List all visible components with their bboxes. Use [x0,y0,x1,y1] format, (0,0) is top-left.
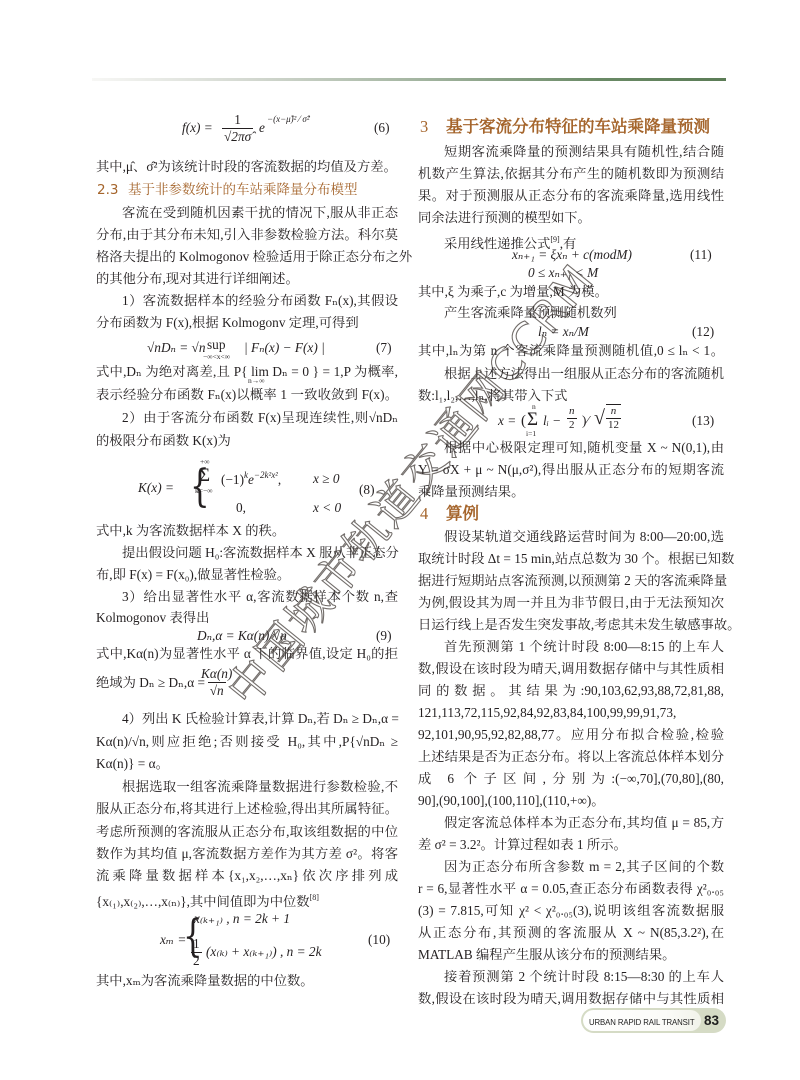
paragraph-line: 其中,xₘ为客流乘降量数据的中位数。 [96,972,398,990]
fraction-numerator: Kα(n) [199,666,234,682]
paragraph-line: 数作为其均值 μ,客流数据方差作为其方差 σ²。将客 [96,845,398,863]
eq8-comma: , [278,472,281,487]
numerator: n [567,405,577,418]
eq10-case2: (x₍ₖ₎ + x₍ₖ₊₁₎) , n = 2k [206,943,321,961]
section-title: 基于非参数统计的车站乘降量分布模型 [128,181,358,199]
eq8-exponent: −2k²x² [254,470,278,480]
paragraph-line: 据进行短期站点客流预测,以预测第 2 天的客流乘降量 [418,572,724,590]
page-number: 83 [704,1008,719,1033]
eq6-tag: (6) [374,119,390,137]
paragraph-line: 根据选取一组客流乘降量数据进行参数检验,不 [96,778,398,796]
eq6-exponent: −(x−μ̂)² ⁄ σ̂² [267,114,310,124]
eq8-sum-lower: k=−∞ [195,487,213,495]
half-numerator: 1 [191,936,202,952]
paragraph-line: 其中,μ̂、σ̂²为该统计时段的客流数据的均值及方差。 [96,158,398,176]
paragraph-line: 同余法进行预测的模型如下。 [418,209,724,227]
paragraph-line: 提出假设问题 H₀:客流数据样本 X 服从非正态分 [96,544,398,562]
eq10-case1: x₍ₖ₊₁₎ , n = 2k + 1 [194,910,290,928]
paragraph-line: 式中,Dₙ 为绝对离差,且 P{ lim Dₙ = 0 } = 1,P 为概率, [96,363,398,381]
denominator: 12 [606,418,621,432]
line-text: {x₍₁₎,x₍₂₎,…,x₍ₙ₎},其中间值即为中位数 [96,894,310,909]
paragraph-line: 根据中心极限定理可知,随机变量 X ~ N(0,1),由 [418,439,724,457]
paragraph-line: 4）列出 K 氏检验计算表,计算 Dₙ,若 Dₙ ≥ Dₙ,α = [96,710,398,728]
eq10-half: 1 2 [191,936,202,969]
eq7-sup-range: −∞<x<∞ [203,353,230,361]
paragraph-line: 式中,k 为客流数据样本 X 的秩。 [96,522,398,540]
eq6-denominator: √2πσ̂ [222,128,253,145]
paragraph-line: 从正态分布,其预测的客流服从 X ~ N(85,3.2²),在 [418,924,724,942]
paragraph-line: 日运行线上是否发生突发事故,考虑其未发生敏感事故。 [418,616,724,634]
paragraph-line: 流乘降量数据样本{x₁,x₂,…,xₙ}依次序排列成 [96,867,398,885]
paragraph-line: 绝域为 Dₙ ≥ Dₙ,α = [96,674,398,692]
eq12-expression: lₙ = xₙ/M [538,323,589,341]
eq8-tag: (8) [359,481,375,499]
journal-name: URBAN RAPID RAIL TRANSIT [589,1010,694,1035]
paragraph-line: 接着预测第 2 个统计时段 8:15—8:30 的上车人 [418,968,724,986]
eq8-condition-2: x < 0 [313,499,341,517]
numerator: n [609,405,619,418]
eq11-recurrence: xₙ₊₁ = ξxₙ + c(modM) [512,246,632,264]
eq13-n-over-2: n 2 [567,405,577,432]
paragraph-line: 产生客流乘降量预测随机数列 [418,304,724,322]
citation-9: [9] [550,235,559,244]
eq6-numerator: 1 [232,112,243,128]
paragraph-line: 1）客流数据样本的经验分布函数 Fₙ(x),其假设 [96,292,398,310]
eq13-sum-lower: i=1 [526,430,536,438]
paragraph-line: r = 6,显著性水平 α = 0.05,查正态分布函数表得 χ²₀.₀₅ [418,880,724,898]
paragraph-line: 上述结果是否为正态分布。将以上客流总体样本划分 [418,748,724,766]
paragraph-line: 数,假设在该时段为晴天,调用数据存储中与其性质相 [418,660,724,678]
eq13-tag: (13) [692,412,714,430]
paragraph-line: (3) = 7.815,可知 χ² < χ²₀.₀₅(3),说明该组客流数据服 [418,902,724,920]
paragraph-line: 成 6 个子区间,分别为:(−∞,70],(70,80],(80, [418,770,724,788]
paragraph-line: 3）给出显著性水平 α,客流数据样本个数 n,查 [96,588,398,606]
paragraph-line: 果。对于预测服从正态分布的客流乘降量,选用线性 [418,187,724,205]
paragraph-line: 121,113,72,115,92,84,92,83,84,100,99,99,… [418,704,724,722]
paragraph-line: 假定客流总体样本为正态分布,其均值 μ = 85,方 [418,814,724,832]
footer-badge-inner: URBAN RAPID RAIL TRANSIT [583,1010,701,1031]
eq9-expression: Dₙ,α = Kα(n)/√n [197,627,287,645]
citation-8: [8] [310,893,319,902]
paragraph-line: 乘降量预测结果。 [418,483,724,501]
paragraph-line: 其中,lₙ为第 n 个客流乘降量预测随机值,0 ≤ lₙ < 1。 [418,342,724,360]
header-rule [92,78,726,81]
eq13-n-over-12: n 12 [606,404,621,432]
eq6-lhs: f(x) = [182,119,213,137]
paragraph-line: 数:l₁,l₂,…,lₙ,将其带入下式 [418,387,724,405]
paragraph-line: 根据上述方法得出一组服从正态分布的客流随机 [418,365,724,383]
eq8-sum: Σ [199,466,210,486]
paragraph-line: Kα(n)} = α。 [96,755,398,773]
section-title: 算例 [446,504,479,524]
paragraph-line: 同的数据。其结果为:90,103,62,93,88,72,81,88, [418,682,724,700]
paragraph-line: 分布函数为 F(x),根据 Kolmogonv 定理,可得到 [96,314,398,332]
paragraph-line: 格洛夫提出的 Kolmogonov 检验适用于除正态分布之外 [96,248,398,266]
eq11-constraint: 0 ≤ xₙ₊₁ < M [528,264,598,282]
eq12-tag: (12) [692,323,714,341]
eq13-open-paren: ( [521,412,526,430]
paragraph-line: 为例,假设其为周一并且为非节假日,由于无法预知次 [418,594,724,612]
eq8-condition-1: x ≥ 0 [313,470,340,488]
section-title: 基于客流分布特征的车站乘降量预测 [446,117,710,137]
paragraph-line: 数,假设在该时段为晴天,调用数据存储中与其性质相 [418,990,724,1008]
footer-journal-badge: URBAN RAPID RAIL TRANSIT 83 [581,1008,726,1033]
paragraph-line: 机数产生算法,依据其分布产生的随机数即为预测结 [418,165,724,183]
fraction-denominator: √n [208,682,226,699]
eq7-tag: (7) [376,339,392,357]
eq9-tag: (9) [376,627,392,645]
eq8-sign: (−1) [221,472,244,487]
eq6-exp-base: e [259,119,265,137]
eq6-fraction: 1 √2πσ̂ [222,112,253,145]
section-number: 2.3 [97,181,118,199]
half-denominator: 2 [191,952,202,969]
paragraph-line: 表示经验分布函数 Fₙ(x)以概率 1 一致收敛到 F(x)。 [96,386,398,404]
rejection-region-fraction: Kα(n) √n [199,666,234,699]
journal-page: f(x) = 1 √2πσ̂ e −(x−μ̂)² ⁄ σ̂² (6) 其中,μ… [0,0,800,1080]
paragraph-line: 首先预测第 1 个统计时段 8:00—8:15 的上车人 [418,638,724,656]
eq8-case1-term: (−1)ke−2k²x², [221,470,281,489]
eq13-sqrt: √ [594,405,605,431]
paragraph-line: Kα(n)/√n,则应拒绝;否则接受 H₀,其中,P{√nDₙ ≥ [96,733,398,751]
paragraph-line: 客流在受到随机因素干扰的情况下,服从非正态 [96,204,398,222]
section-number: 3 [420,117,428,137]
paragraph-line: 分布,由于其分布未知,引入非参数检验方法。科尔莫 [96,226,398,244]
paragraph-line: MATLAB 编程产生服从该分布的预测结果。 [418,946,724,964]
paragraph-line: 92,101,90,95,92,82,88,77。应用分布拟合检验,检验 [418,726,724,744]
paragraph-line: 考虑所预测的客流服从正态分布,取该组数据的中位 [96,823,398,841]
eq7-lhs: √nDₙ = √n [147,339,206,357]
paragraph-line: 短期客流乘降量的预测结果具有随机性,结合随 [418,143,724,161]
paragraph-line: 取统计时段 Δt = 15 min,站点总数为 30 个。根据已知数 [418,550,724,568]
eq10-tag: (10) [368,931,390,949]
paragraph-line: {x₍₁₎,x₍₂₎,…,x₍ₙ₎},其中间值即为中位数[8] [96,889,398,907]
eq13-close-divide: )⁄ [582,412,589,430]
eq13-lhs: x = [498,412,516,430]
paragraph-line: Kolmogonov 表得出 [96,609,398,627]
lim-subscript: n→∞ [248,377,265,385]
paragraph-line: 90],(90,100],(100,110],(110,+∞)。 [418,792,724,810]
paragraph-line: 假设某轨道交通线路运营时间为 8:00—20:00,选 [418,528,724,546]
eq8-lhs: K(x) = [138,479,174,497]
paragraph-line: 差 σ² = 3.2²。计算过程如表 1 所示。 [418,836,724,854]
paragraph-line: 2）由于客流分布函数 F(x)呈现连续性,则√nDₙ [96,409,398,427]
paragraph-line: 的其他分布,现对其进行详细阐述。 [96,270,398,288]
paragraph-line: 式中,Kα(n)为显著性水平 α 下的临界值,设定 H₀的拒 [96,645,398,663]
paragraph-line: 布,即 F(x) = F(x₀),做显著性检验。 [96,566,398,584]
paragraph-line: 因为正态分布所含参数 m = 2,其子区间的个数 [418,858,724,876]
eq13-sum: Σ [527,410,538,430]
paragraph-line: Y = σX + μ ~ N(μ,σ²),得出服从正态分布的短期客流 [418,461,724,479]
eq7-rhs: | Fₙ(x) − F(x) | [244,339,325,357]
denominator: 2 [567,418,577,432]
paragraph-line: 其中,ξ 为乘子,c 为增量,M 为模。 [418,283,724,301]
eq8-case2: 0, [236,499,246,517]
paragraph-line: 的极限分布函数 K(x)为 [96,432,398,450]
eq13-term: lᵢ − [543,412,561,430]
section-number: 4 [420,504,428,524]
eq11-tag: (11) [690,246,712,264]
paragraph-line: 服从正态分布,将其进行上述检验,得出其所属特征。 [96,800,398,818]
